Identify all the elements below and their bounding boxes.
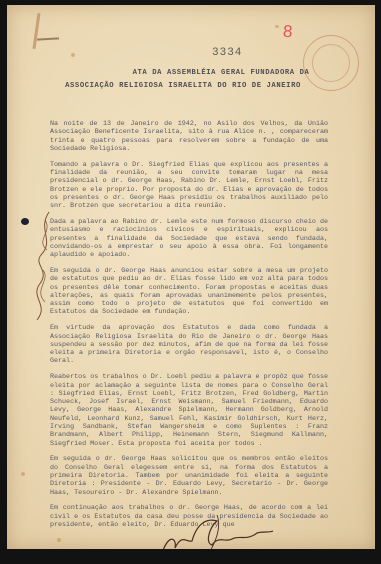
stain xyxy=(71,53,75,57)
paragraph: Em virtude da aprovação dos Estatutos e … xyxy=(50,324,328,365)
stain xyxy=(21,472,25,476)
page-number-pencil: 8 xyxy=(282,22,293,43)
paragraph: Tomando a palavra o Dr. Siegfried Elias … xyxy=(50,161,328,211)
paragraph: Reabertos os trabalhos o Dr. Loebl pediu… xyxy=(50,373,328,448)
title-line-2: ASSOCIAÇÃO RELIGIOSA ISRAELITA DO RIO DE… xyxy=(7,82,367,90)
document-body: Na noite de 13 de Janeiro de 1942, no As… xyxy=(50,120,328,537)
title-line-1: ATA DA ASSEMBLÉIA GERAL FUNDADORA DA xyxy=(37,69,375,77)
paragraph: Na noite de 13 de Janeiro de 1942, no As… xyxy=(50,120,328,153)
stain xyxy=(275,25,279,28)
paper-crease xyxy=(33,13,41,49)
paragraph: Dada a palavra ao Rabino dr. Lemle este … xyxy=(50,218,328,259)
paper-scratch xyxy=(37,37,59,40)
stain xyxy=(57,538,61,542)
signature xyxy=(157,513,277,549)
document-page: 8 3334 ATA DA ASSEMBLÉIA GERAL FUNDADORA… xyxy=(7,5,375,549)
paragraph: Em seguida o dr. George Haas anunciou es… xyxy=(50,267,328,317)
paragraph: Em seguida o dr. George Haas solicitou q… xyxy=(50,455,328,496)
document-number: 3334 xyxy=(212,47,242,59)
